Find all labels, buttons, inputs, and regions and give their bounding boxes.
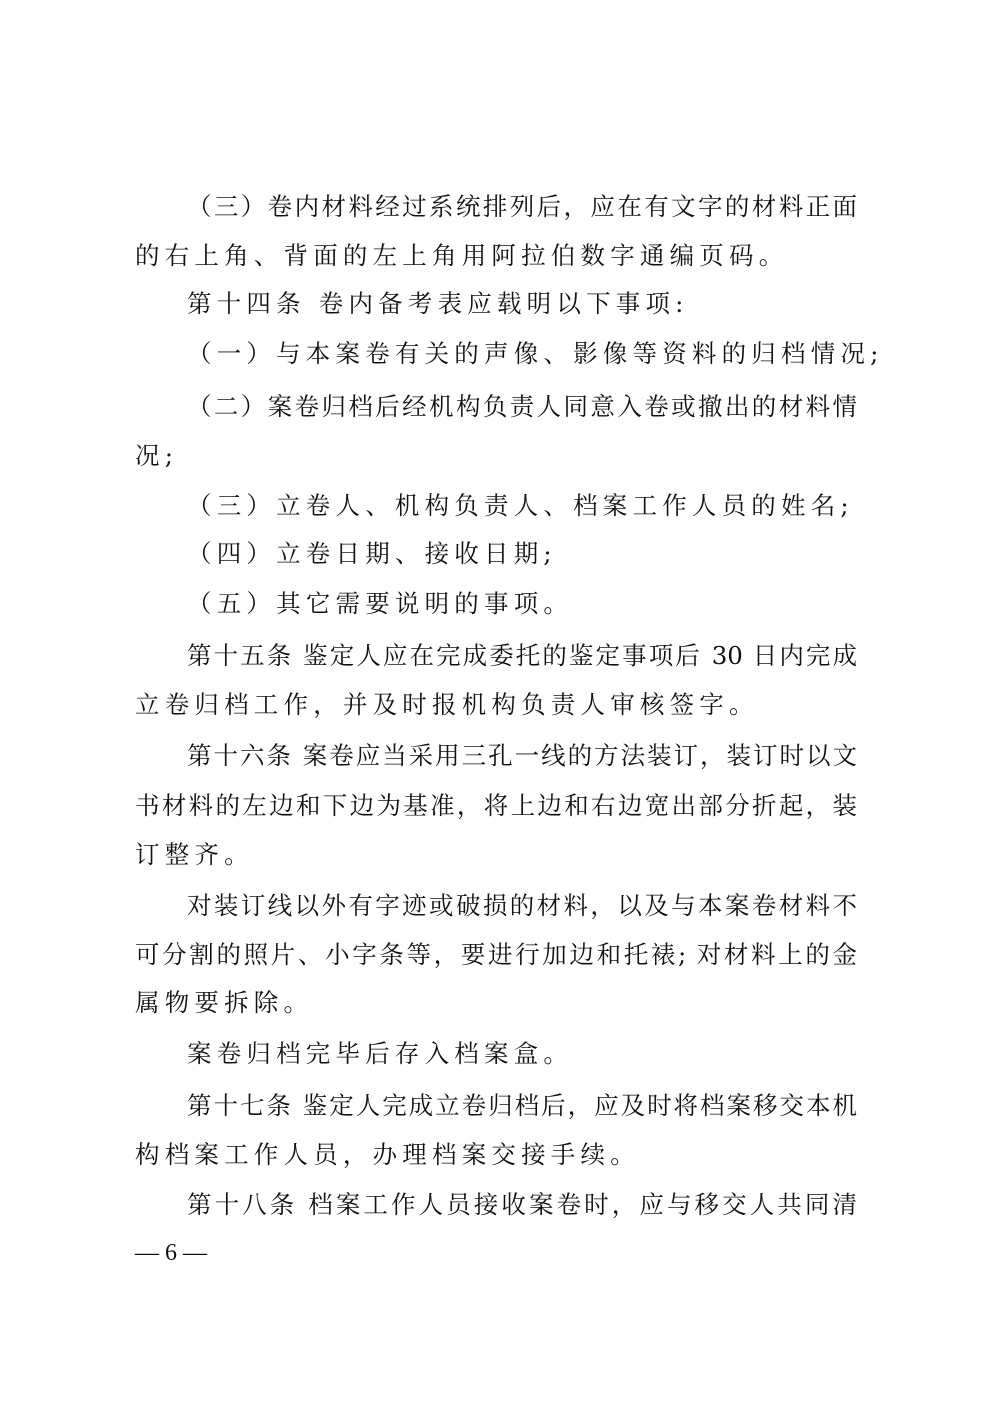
text-line: 对装订线以外有字迹或破损的材料，以及与本案卷材料不 bbox=[187, 889, 857, 923]
text-line: 构档案工作人员，办理档案交接手续。 bbox=[135, 1138, 857, 1172]
text-line: 第十五条 鉴定人应在完成委托的鉴定事项后 30 日内完成 bbox=[187, 639, 857, 673]
text-line: （二）案卷归档后经机构负责人同意入卷或撤出的材料情 bbox=[187, 390, 857, 424]
text-line: 订整齐。 bbox=[135, 838, 857, 872]
text-line: 第十八条 档案工作人员接收案卷时，应与移交人共同清 bbox=[187, 1188, 857, 1222]
document-page: （三）卷内材料经过系统排列后，应在有文字的材料正面的右上角、背面的左上角用阿拉伯… bbox=[0, 0, 992, 1403]
text-line: 的右上角、背面的左上角用阿拉伯数字通编页码。 bbox=[135, 239, 857, 273]
page-number: — 6 — bbox=[135, 1236, 207, 1270]
text-line: 可分割的照片、小字条等，要进行加边和托裱; 对材料上的金 bbox=[135, 938, 857, 972]
text-line: 第十六条 案卷应当采用三孔一线的方法装订，装订时以文 bbox=[187, 739, 857, 773]
text-line: 况; bbox=[135, 439, 857, 473]
text-line: （五）其它需要说明的事项。 bbox=[187, 587, 857, 621]
text-line: 案卷归档完毕后存入档案盒。 bbox=[187, 1037, 857, 1071]
text-line: 第十四条 卷内备考表应载明以下事项: bbox=[187, 287, 857, 321]
text-line: （三）卷内材料经过系统排列后，应在有文字的材料正面 bbox=[187, 190, 857, 224]
text-line: 书材料的左边和下边为基准，将上边和右边宽出部分折起，装 bbox=[135, 789, 857, 823]
text-line: （一）与本案卷有关的声像、影像等资料的归档情况; bbox=[187, 337, 857, 371]
text-line: （四）立卷日期、接收日期; bbox=[187, 537, 857, 571]
text-line: 属物要拆除。 bbox=[135, 986, 857, 1020]
text-line: （三）立卷人、机构负责人、档案工作人员的姓名; bbox=[187, 489, 857, 523]
text-line: 第十七条 鉴定人完成立卷归档后，应及时将档案移交本机 bbox=[187, 1089, 857, 1123]
text-line: 立卷归档工作，并及时报机构负责人审核签字。 bbox=[135, 688, 857, 722]
